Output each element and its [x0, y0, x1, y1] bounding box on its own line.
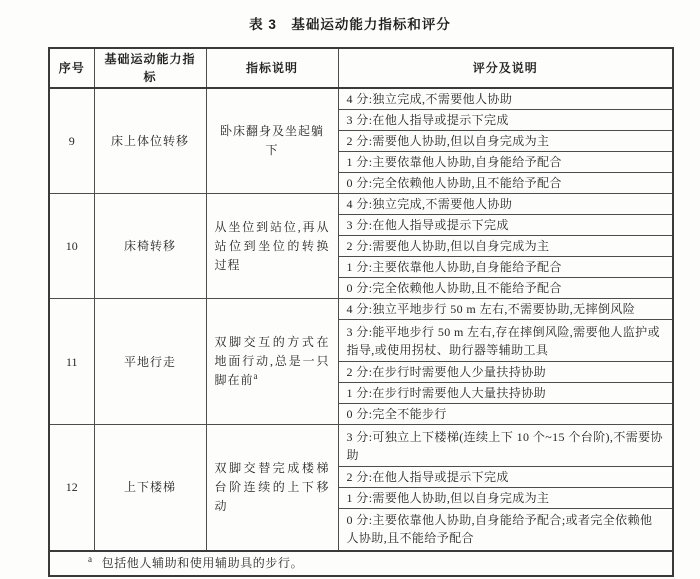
score-cell: 0 分:完全依赖他人协助,且不能给予配合	[338, 173, 673, 194]
score-cell: 3 分:可独立上下楼梯(连续上下 10 个~15 个台阶),不需要协助	[338, 425, 673, 467]
footnote-row: a包括他人辅助和使用辅助具的步行。	[49, 551, 673, 576]
description-cell: 双脚交替完成楼梯台阶连续的上下移动	[206, 425, 338, 551]
description-text: 双脚交互的方式在地面行动,总是一只脚在前	[215, 335, 330, 387]
table-title: 表 3 基础运动能力指标和评分	[0, 13, 700, 33]
score-cell: 2 分:在他人指导或提示下完成	[338, 467, 673, 488]
seq-cell: 9	[49, 88, 94, 194]
footnote-marker-sup: a	[88, 554, 93, 564]
description-cell: 卧床翻身及坐起躺下	[206, 88, 338, 194]
document-page: 表 3 基础运动能力指标和评分 序号 基础运动能力指标 指标说明 评分及说明 9…	[0, 0, 700, 577]
score-cell: 4 分:独立完成,不需要他人协助	[338, 88, 673, 110]
indicator-cell: 床上体位转移	[94, 88, 206, 194]
table-row: 12 上下楼梯 双脚交替完成楼梯台阶连续的上下移动 3 分:可独立上下楼梯(连续…	[49, 425, 673, 467]
description-cell: 从坐位到站位,再从站位到坐位的转换过程	[206, 194, 338, 299]
score-cell: 3 分:能平地步行 50 m 左右,存在摔倒风险,需要他人监护或指导,或使用拐杖…	[338, 320, 673, 362]
score-cell: 4 分:独立平地步行 50 m 左右,不需要协助,无摔倒风险	[338, 299, 673, 320]
description-cell: 双脚交互的方式在地面行动,总是一只脚在前a	[206, 299, 338, 425]
score-cell: 1 分:主要依靠他人协助,自身能给予配合	[338, 152, 673, 173]
table-row: 11 平地行走 双脚交互的方式在地面行动,总是一只脚在前a 4 分:独立平地步行…	[49, 299, 673, 320]
score-cell: 0 分:完全依赖他人协助,且不能给予配合	[338, 278, 673, 299]
score-cell: 2 分:需要他人协助,但以自身完成为主	[338, 236, 673, 257]
indicator-cell: 床椅转移	[94, 194, 206, 299]
score-cell: 2 分:需要他人协助,但以自身完成为主	[338, 131, 673, 152]
footnote-text: 包括他人辅助和使用辅助具的步行。	[102, 556, 304, 570]
basic-motor-ability-table: 序号 基础运动能力指标 指标说明 评分及说明 9 床上体位转移 卧床翻身及坐起躺…	[48, 47, 674, 577]
seq-cell: 12	[49, 425, 94, 551]
indicator-cell: 平地行走	[94, 299, 206, 425]
score-cell: 1 分:在步行时需要他人大量扶持协助	[338, 383, 673, 404]
score-cell: 0 分:主要依靠他人协助,自身能给予配合;或者完全依赖他人协助,且不能给予配合	[338, 509, 673, 551]
table-row: 10 床椅转移 从坐位到站位,再从站位到坐位的转换过程 4 分:独立完成,不需要…	[49, 194, 673, 215]
header-row: 序号 基础运动能力指标 指标说明 评分及说明	[49, 48, 673, 88]
footnote-ref-sup: a	[254, 371, 259, 381]
table-row: 9 床上体位转移 卧床翻身及坐起躺下 4 分:独立完成,不需要他人协助	[49, 88, 673, 110]
footnote-cell: a包括他人辅助和使用辅助具的步行。	[49, 551, 673, 576]
header-seq: 序号	[49, 48, 94, 88]
score-cell: 4 分:独立完成,不需要他人协助	[338, 194, 673, 215]
seq-cell: 10	[49, 194, 94, 299]
header-indicator: 基础运动能力指标	[94, 48, 206, 88]
score-cell: 0 分:完全不能步行	[338, 404, 673, 425]
header-scoring: 评分及说明	[338, 48, 673, 88]
score-cell: 1 分:主要依靠他人协助,自身能给予配合	[338, 257, 673, 278]
score-cell: 2 分:在步行时需要他人少量扶持协助	[338, 362, 673, 383]
score-cell: 1 分:需要他人协助,但以自身完成为主	[338, 488, 673, 509]
header-description: 指标说明	[206, 48, 338, 88]
indicator-cell: 上下楼梯	[94, 425, 206, 551]
seq-cell: 11	[49, 299, 94, 425]
score-cell: 3 分:在他人指导或提示下完成	[338, 215, 673, 236]
score-cell: 3 分:在他人指导或提示下完成	[338, 110, 673, 131]
